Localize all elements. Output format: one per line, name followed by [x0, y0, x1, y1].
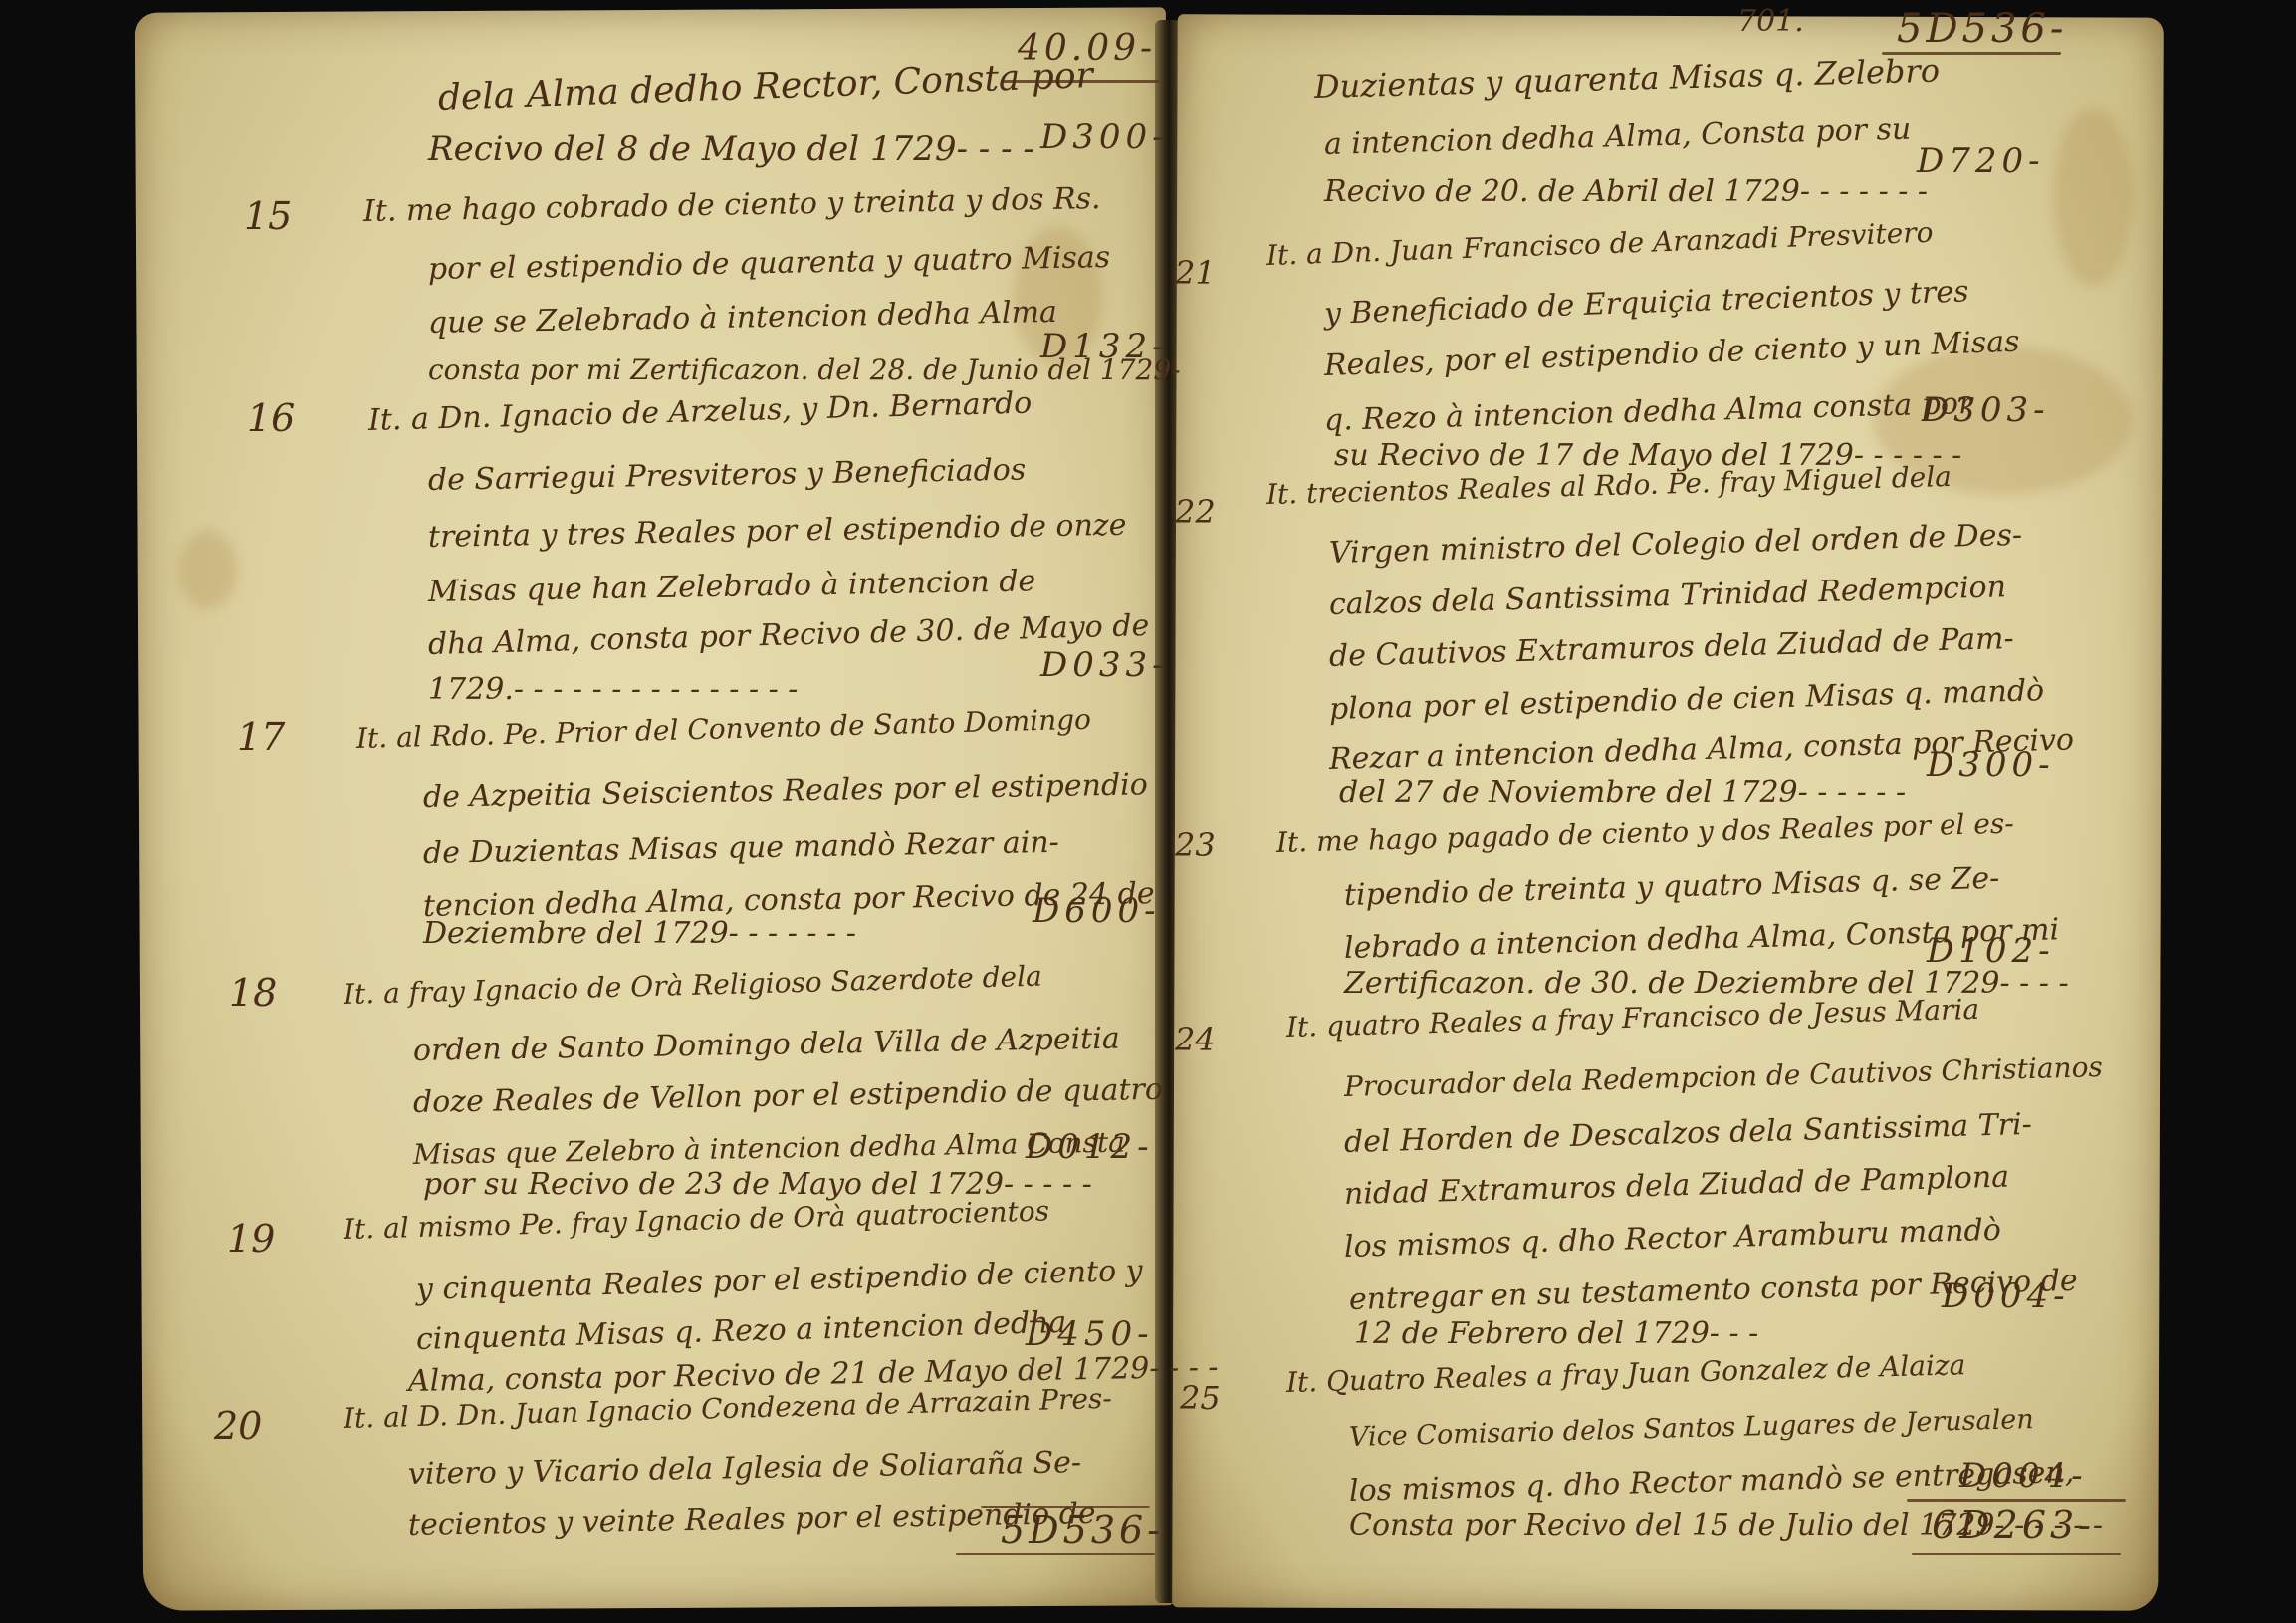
entry-number-25: 25: [1180, 1379, 1221, 1417]
left-continued-amount: D300-: [1040, 117, 1169, 157]
entry-17-amount: D600-: [1033, 891, 1161, 931]
right-carried-total: 5D536-: [1897, 6, 2067, 52]
left-continued-line-2: Recivo del 8 de Mayo del 1729- - - -: [428, 129, 1034, 169]
left-bottom-rule-lower: [956, 1553, 1155, 1555]
right-bottom-rule-lower: [1912, 1553, 2121, 1555]
entry-number-21: 21: [1175, 254, 1216, 292]
right-bottom-total: 6D263-: [1932, 1504, 2095, 1547]
entry-19-amount: D450-: [1026, 1314, 1154, 1354]
entry-number-22: 22: [1175, 493, 1216, 531]
entry-24-amount: D004-: [1942, 1276, 2070, 1316]
entry-21-amount: D303-: [1922, 390, 2050, 430]
entry-number-23: 23: [1175, 826, 1216, 864]
entry-number-15: 15: [244, 194, 292, 238]
right-continued-amount: D720-: [1917, 141, 2045, 181]
entry-18-amount: D012-: [1026, 1127, 1154, 1167]
right-continued-line-3: Recivo de 20. de Abril del 1729- - - - -…: [1324, 174, 1928, 209]
entry-number-20: 20: [214, 1404, 262, 1448]
left-bottom-total: 5D536-: [1001, 1508, 1164, 1552]
entry-24-line-7: 12 de Febrero del 1729- - -: [1354, 1316, 1758, 1351]
entry-22-line-7: del 27 de Noviembre del 1729- - - - - -: [1339, 775, 1906, 810]
entry-16-line-6: 1729.- - - - - - - - - - - - - - -: [428, 672, 798, 707]
entry-15-amount: D132-: [1040, 327, 1169, 366]
right-bottom-rule-upper: [1907, 1499, 2126, 1502]
folio-number: 701.: [1737, 4, 1804, 39]
entry-number-17: 17: [237, 715, 285, 759]
entry-16-amount: D033-: [1040, 645, 1169, 685]
entry-number-19: 19: [227, 1217, 275, 1261]
entry-25-amount: D004-: [1959, 1456, 2088, 1496]
entry-23-amount: D102-: [1927, 931, 2055, 971]
entry-number-24: 24: [1175, 1021, 1216, 1058]
open-ledger-book: 40.09- dela Alma dedho Rector, Consta po…: [0, 0, 2296, 1623]
entry-17-line-5: Deziembre del 1729- - - - - - -: [423, 916, 856, 951]
entry-number-18: 18: [229, 971, 277, 1015]
entry-22-amount: D300-: [1927, 745, 2055, 785]
entry-number-16: 16: [247, 396, 295, 440]
